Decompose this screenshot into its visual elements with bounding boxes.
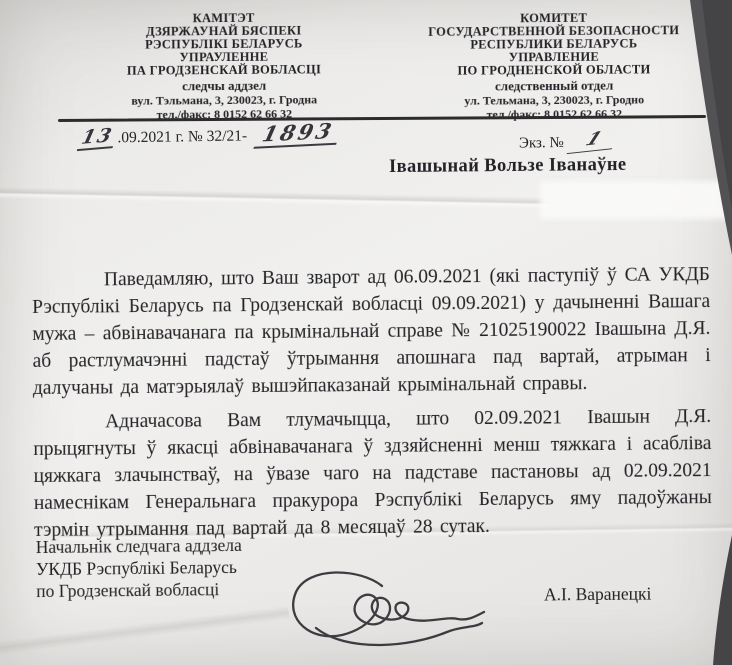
letterhead-right: КОМИТЕТ ГОСУДАРСТВЕННОЙ БЕЗОПАСНОСТИ РЕС… <box>388 11 721 122</box>
reference-printed-text: .09.2021 г. № 32/21- <box>117 127 247 146</box>
scanned-letter-sheet: КАМІТЭТ ДЗЯРЖАУНАЙ БЯСПЕКІ РЭСПУБЛІКІ БЕ… <box>0 0 732 665</box>
addressee-line: Івашынай Вользе Іванаўне <box>389 155 627 178</box>
signer-title-line: УКДБ Рэспублікі Беларусь <box>36 556 242 580</box>
signer-name: А.І. Варанецкі <box>544 584 652 606</box>
redaction-patch <box>540 181 732 219</box>
phone-line: тел./факс: 8 0152 62 66 32 <box>388 106 720 122</box>
reference-line: 13.09.2021 г. № 32/21-1893 <box>80 119 340 150</box>
handwritten-day: 13 <box>77 124 119 151</box>
paper-crease <box>0 606 290 659</box>
handwritten-copy-number: 1 <box>566 126 621 154</box>
copy-number-line: Экз. №1 <box>519 131 615 155</box>
body-paragraph-1: Паведамляю, што Ваш зварот ад 06.09.2021… <box>32 261 711 402</box>
signature-title-block: Начальнік следчага аддзела УКДБ Рэспублі… <box>36 534 243 602</box>
signer-title-line: Начальнік следчага аддзела <box>36 534 242 558</box>
paper-crease <box>0 187 550 210</box>
signer-title-line: по Гродзенскай вобласці <box>36 578 242 602</box>
handwritten-signature-scribble <box>282 566 492 656</box>
handwritten-outgoing-number: 1893 <box>253 118 343 149</box>
body-paragraph-2: Адначасова Вам тлумачыцца, што 02.09.202… <box>33 403 712 544</box>
letter-body: Паведамляю, што Ваш зварот ад 06.09.2021… <box>32 261 712 544</box>
copy-number-label: Экз. № <box>519 135 564 151</box>
org-name-line: ПО ГРОДНЕНСКОЙ ОБЛАСТИ <box>388 63 720 78</box>
org-name-line: ПА ГРОДЗЕНСКАЙ ВОБЛАСЦІ <box>58 63 390 78</box>
letterhead-left: КАМІТЭТ ДЗЯРЖАУНАЙ БЯСПЕКІ РЭСПУБЛІКІ БЕ… <box>58 11 391 122</box>
